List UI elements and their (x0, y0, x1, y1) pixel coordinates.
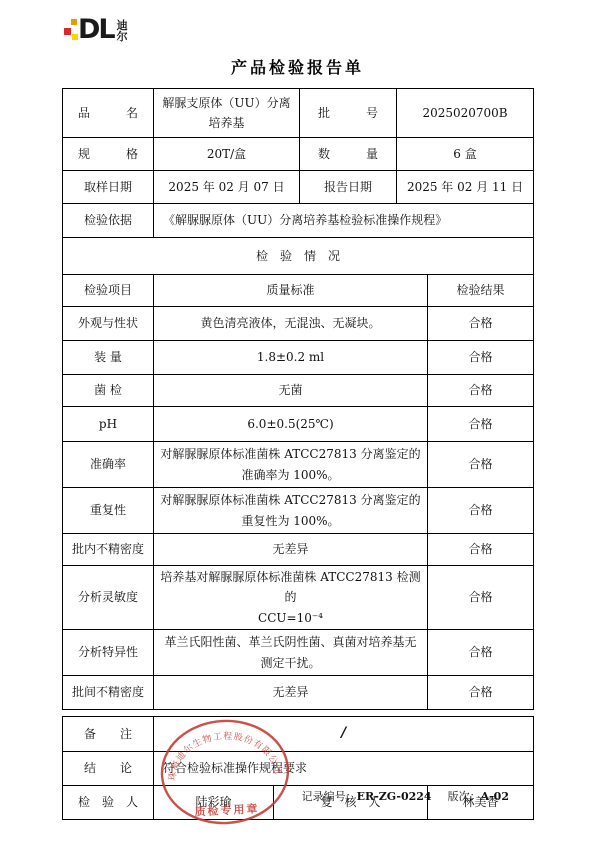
result-cell: 合格 (428, 630, 534, 676)
report-table: 品 名 解脲支原体（UU）分离培养基 批 号 2025020700B 规 格 2… (62, 88, 534, 820)
table-row: 批间不精密度 无差异 合格 (63, 676, 534, 710)
table-row: pH 6.0±0.5(25℃) 合格 (63, 407, 534, 442)
main-table: 品 名 解脲支原体（UU）分离培养基 批 号 2025020700B 规 格 2… (62, 88, 534, 710)
field-value: 20T/盒 (154, 138, 300, 171)
table-row: 分析特异性 革兰氏阳性菌、革兰氏阴性菌、真菌对培养基无测定干扰。 合格 (63, 630, 534, 676)
table-row: 取样日期 2025 年 02 月 07 日 报告日期 2025 年 02 月 1… (63, 171, 534, 204)
logo-squares-icon (64, 19, 78, 45)
result-cell: 合格 (428, 676, 534, 710)
column-header-standard: 质量标准 (154, 275, 428, 307)
table-row: 外观与性状 黄色清亮液体，无混浊、无凝块。 合格 (63, 307, 534, 341)
result-cell: 合格 (428, 442, 534, 488)
field-label: 检验依据 (63, 204, 154, 238)
table-row: 分析灵敏度 培养基对解脲脲原体标准菌株 ATCC27813 检测的 CCU=10… (63, 566, 534, 630)
field-value: 《解脲脲原体（UU）分离培养基检验标准操作规程》 (154, 204, 534, 238)
item-name-cell: 外观与性状 (63, 307, 154, 341)
table-row: 检验依据 《解脲脲原体（UU）分离培养基检验标准操作规程》 (63, 204, 534, 238)
result-cell: 合格 (428, 566, 534, 630)
item-name-cell: 批间不精密度 (63, 676, 154, 710)
field-label: 数 量 (300, 138, 397, 171)
table-row: 备 注 / (63, 717, 534, 752)
table-row: 规 格 20T/盒 数 量 6 盒 (63, 138, 534, 171)
field-value: 2025 年 02 月 07 日 (154, 171, 300, 204)
standard-cell: 无差异 (154, 676, 428, 710)
result-cell: 合格 (428, 488, 534, 534)
item-name-cell: pH (63, 407, 154, 442)
table-row: 准确率 对解脲脲原体标准菌株 ATCC27813 分离鉴定的准确率为 100%。… (63, 442, 534, 488)
item-name-cell: 准确率 (63, 442, 154, 488)
table-row: 结 论 符合检验标准操作规程要求 (63, 752, 534, 786)
record-number-label: 记录编号： (302, 790, 357, 803)
result-cell: 合格 (428, 375, 534, 407)
field-label: 备 注 (63, 717, 154, 752)
table-row: 检 验 情 况 (63, 238, 534, 275)
field-label: 报告日期 (300, 171, 397, 204)
item-name-cell: 分析灵敏度 (63, 566, 154, 630)
field-value: 6 盒 (397, 138, 534, 171)
version-label: 版次： (448, 790, 481, 803)
standard-cell: 对解脲脲原体标准菌株 ATCC27813 分离鉴定的准确率为 100%。 (154, 442, 428, 488)
notes-value: / (154, 717, 534, 752)
standard-cell: 无菌 (154, 375, 428, 407)
logo-square-red-icon (64, 28, 71, 35)
summary-table: 备 注 / 结 论 符合检验标准操作规程要求 检 验 人 陆彩瑜 复 核 人 林… (62, 716, 534, 820)
field-label: 取样日期 (63, 171, 154, 204)
report-page: DL 迪 尔 产品检验报告单 品 名 解脲支原体（UU）分离培养基 批 号 20… (0, 0, 595, 842)
table-row: 装 量 1.8±0.2 ml 合格 (63, 341, 534, 375)
company-logo: DL 迪 尔 (64, 17, 128, 45)
logo-cn-bottom: 尔 (117, 31, 128, 42)
standard-cell: 1.8±0.2 ml (154, 341, 428, 375)
version-value: A-02 (481, 790, 509, 803)
standard-cell: 6.0±0.5(25℃) (154, 407, 428, 442)
logo-square-orange-icon (71, 19, 77, 25)
conclusion-value: 符合检验标准操作规程要求 (154, 752, 534, 786)
field-value: 2025 年 02 月 11 日 (397, 171, 534, 204)
table-row: 品 名 解脲支原体（UU）分离培养基 批 号 2025020700B (63, 89, 534, 138)
field-value: 解脲支原体（UU）分离培养基 (154, 89, 300, 138)
item-name-cell: 菌 检 (63, 375, 154, 407)
column-header-result: 检验结果 (428, 275, 534, 307)
logo-chinese-name: 迪 尔 (117, 20, 128, 42)
item-name-cell: 分析特异性 (63, 630, 154, 676)
document-footer: 记录编号：ER-ZG-0224版次：A-02 (62, 788, 533, 804)
standard-cell: 培养基对解脲脲原体标准菌株 ATCC27813 检测的 CCU=10⁻⁴ (154, 566, 428, 630)
page-title: 产品检验报告单 (0, 55, 595, 78)
result-cell: 合格 (428, 341, 534, 375)
field-label: 规 格 (63, 138, 154, 171)
standard-cell: 对解脲脲原体标准菌株 ATCC27813 分离鉴定的重复性为 100%。 (154, 488, 428, 534)
logo-text: DL (78, 17, 114, 43)
result-cell: 合格 (428, 407, 534, 442)
column-header-item: 检验项目 (63, 275, 154, 307)
section-title: 检 验 情 况 (63, 238, 534, 275)
logo-square-yellow-icon (72, 34, 78, 40)
result-cell: 合格 (428, 534, 534, 566)
table-header-row: 检验项目 质量标准 检验结果 (63, 275, 534, 307)
standard-cell: 黄色清亮液体，无混浊、无凝块。 (154, 307, 428, 341)
field-label: 结 论 (63, 752, 154, 786)
standard-cell: 无差异 (154, 534, 428, 566)
standard-cell: 革兰氏阳性菌、革兰氏阴性菌、真菌对培养基无测定干扰。 (154, 630, 428, 676)
table-row: 重复性 对解脲脲原体标准菌株 ATCC27813 分离鉴定的重复性为 100%。… (63, 488, 534, 534)
field-label: 批 号 (300, 89, 397, 138)
table-row: 菌 检 无菌 合格 (63, 375, 534, 407)
table-row: 批内不精密度 无差异 合格 (63, 534, 534, 566)
result-cell: 合格 (428, 307, 534, 341)
item-name-cell: 重复性 (63, 488, 154, 534)
record-number-value: ER-ZG-0224 (357, 790, 432, 803)
item-name-cell: 装 量 (63, 341, 154, 375)
field-value: 2025020700B (397, 89, 534, 138)
field-label: 品 名 (63, 89, 154, 138)
item-name-cell: 批内不精密度 (63, 534, 154, 566)
